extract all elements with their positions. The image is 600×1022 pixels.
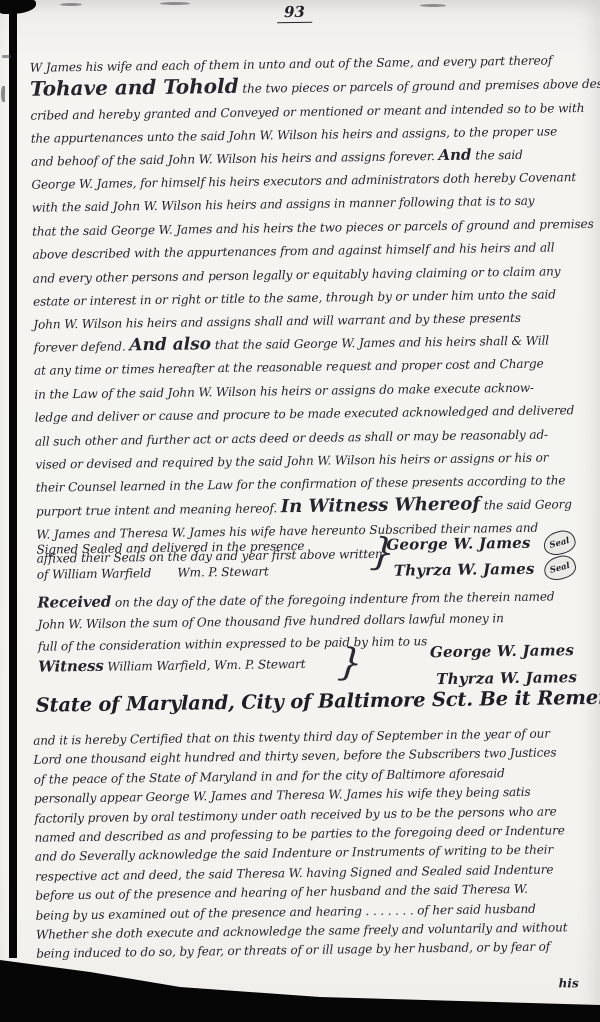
acknowledgment-body: and it is hereby Certified that on this … (33, 724, 596, 965)
deed-line-text: W James his wife and each of them in unt… (30, 53, 553, 74)
signature-george-w-james: George W. James (386, 534, 530, 554)
deed-body: W James his wife and each of them in unt… (30, 48, 593, 570)
signature-thyrza-w-james: Thyrza W. James (436, 668, 577, 688)
brace-icon: } (336, 642, 364, 682)
receipt-witness-line: Witness William Warfield, Wm. P. Stewart (38, 653, 306, 679)
catchword: his (559, 976, 579, 990)
habendum-clause: Tohave and Tohold (30, 74, 239, 101)
page-content: 93 W James his wife and each of them in … (0, 0, 600, 1022)
signature-george-w-james: George W. James (430, 641, 574, 661)
scanned-deed-page: 93 W James his wife and each of them in … (0, 0, 600, 1022)
receipt-block: Received on the day of the date of the f… (37, 585, 594, 703)
seal-icon: Seal (541, 553, 578, 583)
witness-names-line: of William WarfieldWm. P. Stewart (37, 561, 269, 586)
signature-thyrza-w-james: Thyrza W. James (394, 560, 535, 580)
page-number: 93 (277, 3, 312, 23)
attestation-line: Signed Sealed and delivered in the prese… (36, 536, 304, 561)
witness-whereof-clause: In Witness Whereof (281, 493, 481, 517)
seal-icon: Seal (541, 528, 578, 558)
